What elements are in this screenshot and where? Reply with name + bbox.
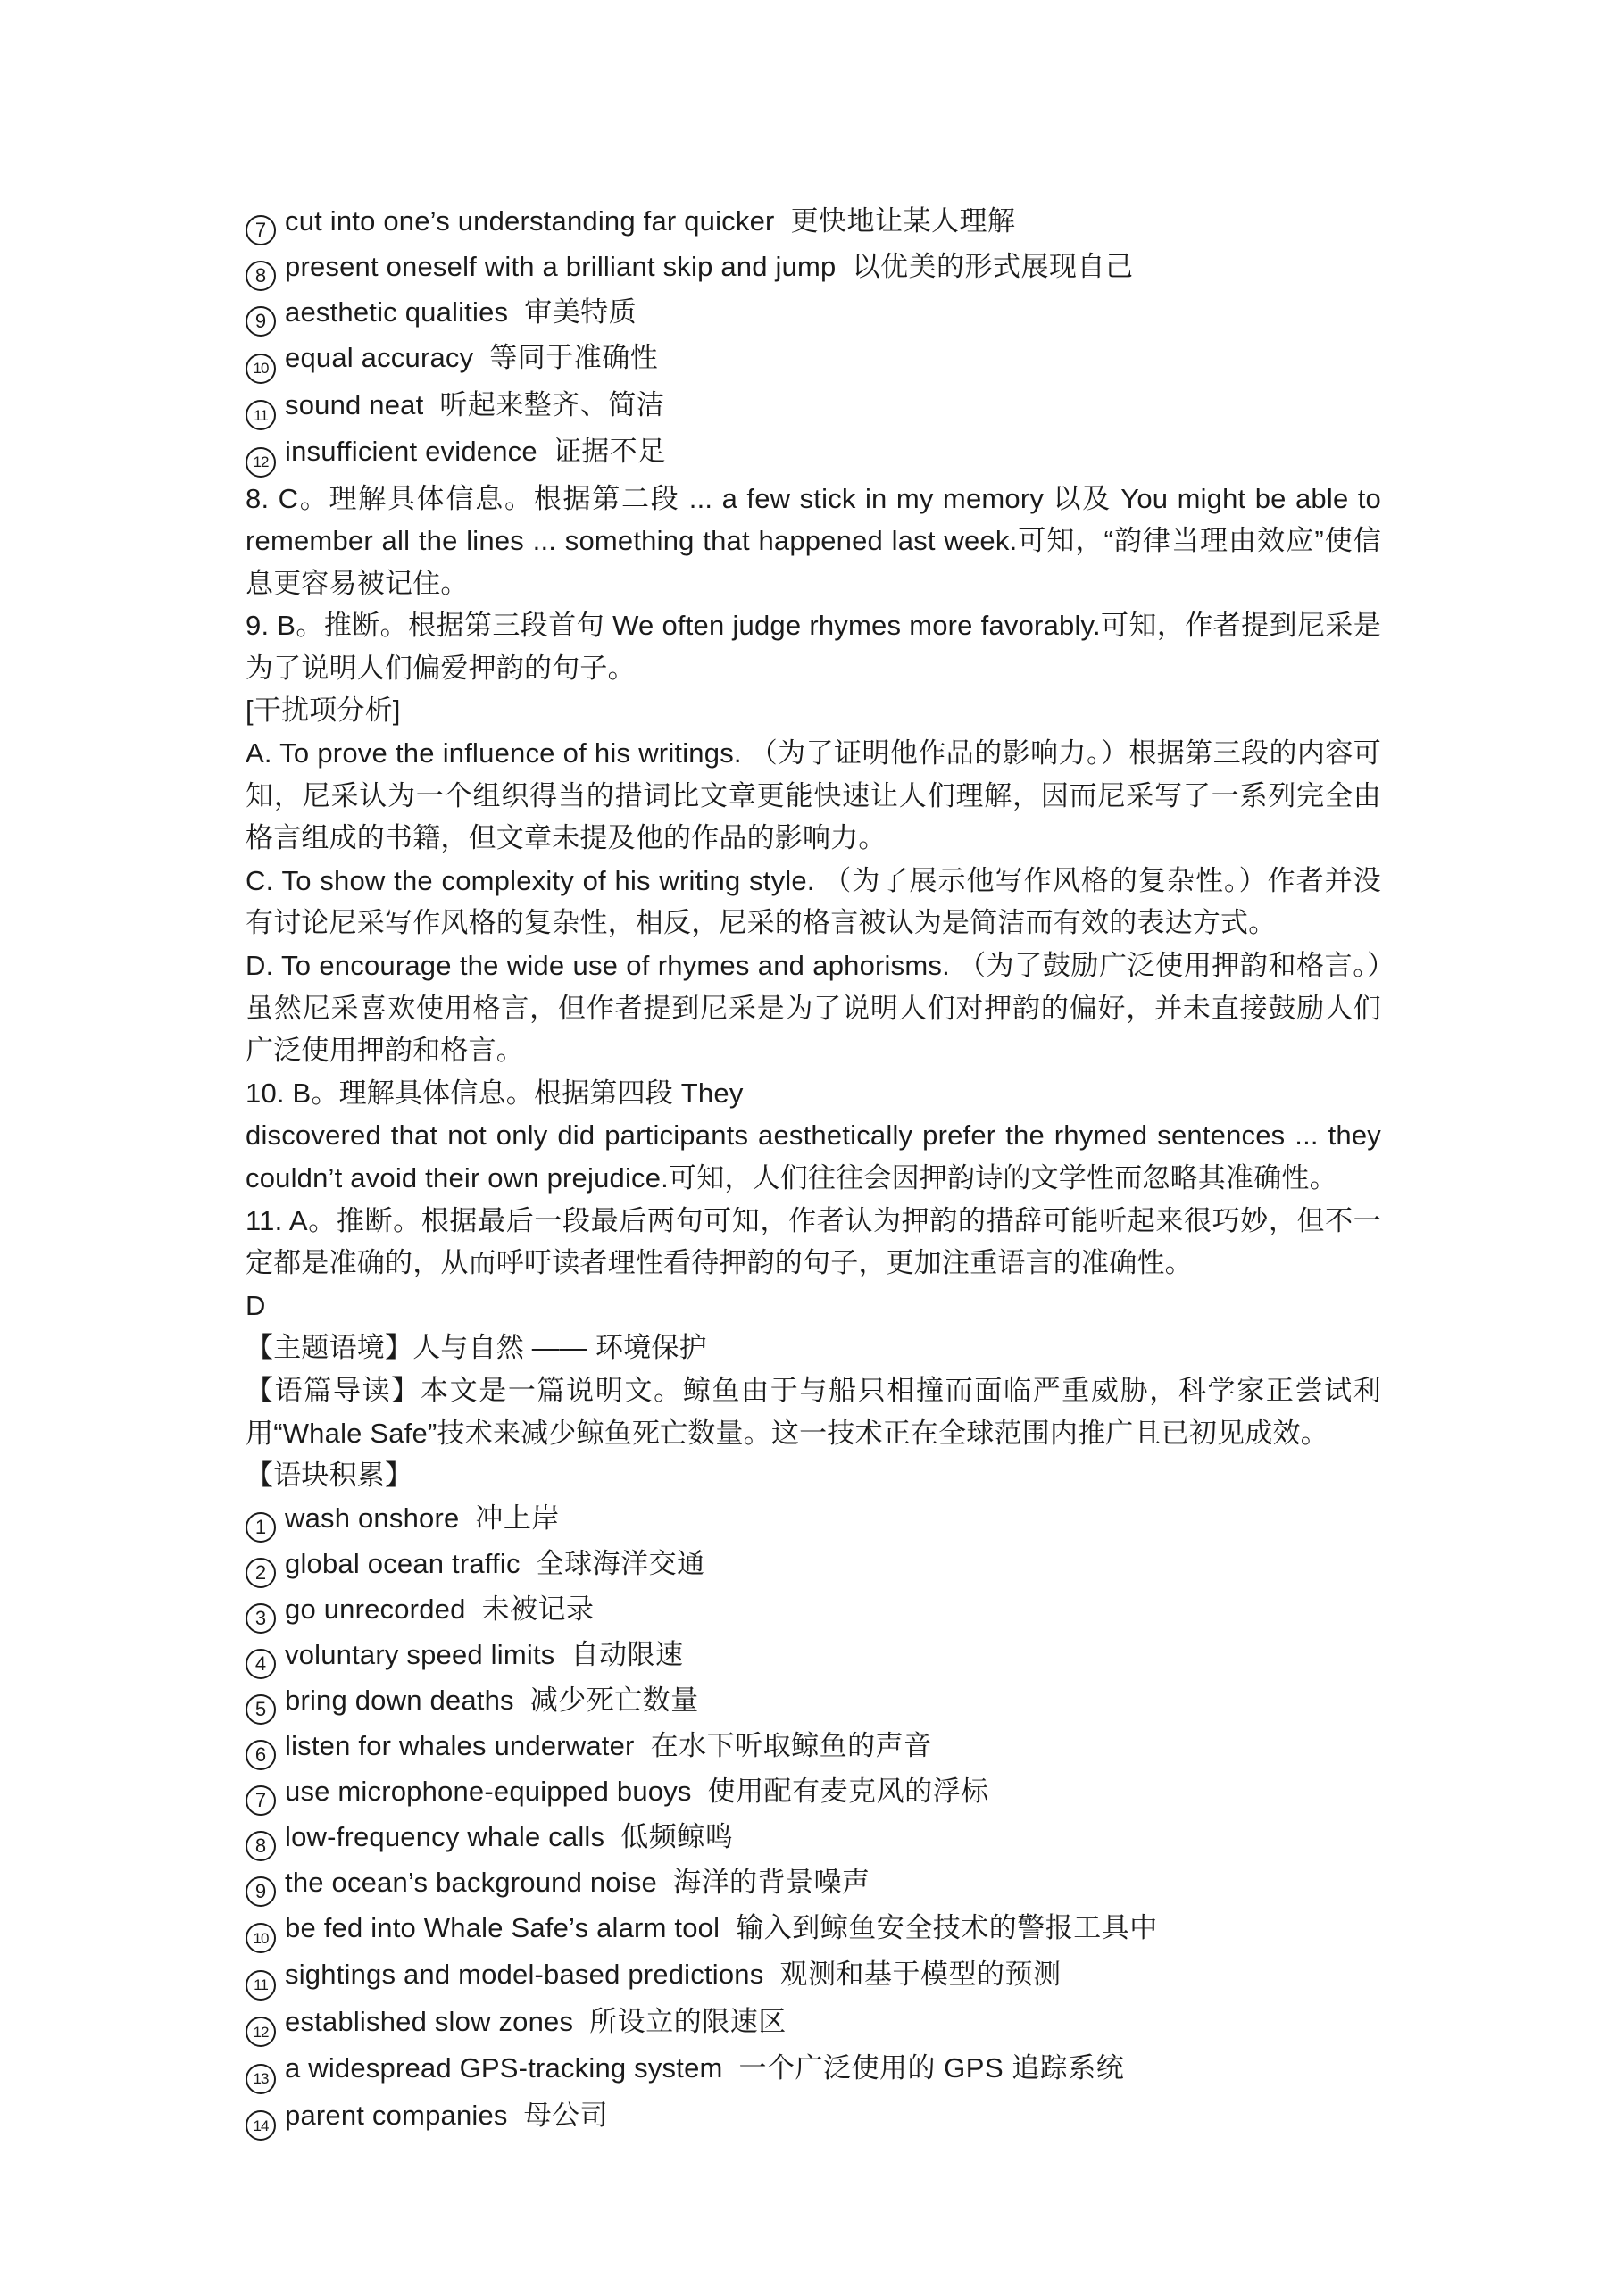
circled-number-icon: 7 bbox=[246, 1785, 276, 1816]
answer-9: 9. B。推断。根据第三段首句 We often judge rhymes mo… bbox=[246, 604, 1381, 689]
chunk-item-2: 2global ocean traffic全球海洋交通 bbox=[246, 1543, 1381, 1588]
chunk-item-12: 12established slow zones所设立的限速区 bbox=[246, 2001, 1381, 2048]
passage-intro: 【语篇导读】本文是一篇说明文。鲸鱼由于与船只相撞而面临严重威胁，科学家正尝试利用… bbox=[246, 1369, 1381, 1454]
distractor-analysis-heading: [干扰项分析] bbox=[246, 689, 1381, 732]
circled-number-icon: 4 bbox=[246, 1649, 276, 1679]
circled-number-icon: 12 bbox=[246, 2017, 276, 2047]
circled-number-icon: 14 bbox=[246, 2110, 276, 2141]
section-d-label: D bbox=[246, 1285, 1381, 1327]
option-d-analysis: D. To encourage the wide use of rhymes a… bbox=[246, 944, 1381, 1072]
phrase-chinese: 审美特质 bbox=[524, 296, 637, 328]
phrase-chinese: 一个广泛使用的 GPS 追踪系统 bbox=[739, 2052, 1125, 2084]
phrase-chinese: 观测和基于模型的预测 bbox=[779, 1959, 1061, 1990]
circled-number-icon: 10 bbox=[246, 354, 276, 384]
chunk-item-3: 3go unrecorded未被记录 bbox=[246, 1588, 1381, 1634]
phrase-english: global ocean traffic bbox=[285, 1548, 521, 1579]
phrase-chinese: 证据不足 bbox=[554, 436, 666, 467]
answer-key-content: 7cut into one’s understanding far quicke… bbox=[246, 200, 1381, 2141]
phrase-chinese: 输入到鲸鱼安全技术的警报工具中 bbox=[736, 1912, 1158, 1943]
phrase-item-10: 10equal accuracy等同于准确性 bbox=[246, 337, 1381, 384]
phrase-item-9: 9aesthetic qualities审美特质 bbox=[246, 291, 1381, 337]
phrase-chinese: 海洋的背景噪声 bbox=[673, 1867, 870, 1898]
circled-number-icon: 1 bbox=[246, 1512, 276, 1543]
phrase-english: present oneself with a brilliant skip an… bbox=[285, 251, 836, 282]
phrase-english: be fed into Whale Safe’s alarm tool bbox=[285, 1912, 720, 1943]
phrase-chinese: 所设立的限速区 bbox=[589, 2006, 787, 2037]
phrase-english: bring down deaths bbox=[285, 1685, 514, 1716]
chunk-item-1: 1wash onshore冲上岸 bbox=[246, 1497, 1381, 1543]
circled-number-icon: 3 bbox=[246, 1603, 276, 1634]
circled-number-icon: 9 bbox=[246, 1876, 276, 1907]
phrase-english: the ocean’s background noise bbox=[285, 1867, 657, 1898]
phrase-english: listen for whales underwater bbox=[285, 1730, 635, 1761]
phrase-english: wash onshore bbox=[285, 1502, 459, 1534]
chunk-item-8: 8low-frequency whale calls低频鲸鸣 bbox=[246, 1816, 1381, 1861]
theme-context-line: 【主题语境】人与自然 —— 环境保护 bbox=[246, 1327, 1381, 1369]
circled-number-icon: 11 bbox=[246, 400, 276, 430]
answer-8: 8. C。理解具体信息。根据第二段 ... a few stick in my … bbox=[246, 478, 1381, 605]
circled-number-icon: 7 bbox=[246, 215, 276, 245]
phrase-chinese: 减少死亡数量 bbox=[530, 1685, 699, 1716]
phrase-item-12: 12insufficient evidence证据不足 bbox=[246, 430, 1381, 478]
circled-number-icon: 2 bbox=[246, 1558, 276, 1588]
answer-10-line-2: discovered that not only did participant… bbox=[246, 1114, 1381, 1157]
chunk-item-10: 10be fed into Whale Safe’s alarm tool输入到… bbox=[246, 1907, 1381, 1954]
circled-number-icon: 8 bbox=[246, 261, 276, 291]
chunk-item-5: 5bring down deaths减少死亡数量 bbox=[246, 1679, 1381, 1725]
circled-number-icon: 8 bbox=[246, 1831, 276, 1861]
phrase-english: insufficient evidence bbox=[285, 436, 537, 467]
phrase-english: sound neat bbox=[285, 389, 423, 420]
phrase-english: use microphone-equipped buoys bbox=[285, 1776, 692, 1807]
phrase-english: voluntary speed limits bbox=[285, 1639, 554, 1670]
phrase-chinese: 低频鲸鸣 bbox=[620, 1821, 733, 1852]
phrase-item-7: 7cut into one’s understanding far quicke… bbox=[246, 200, 1381, 245]
circled-number-icon: 12 bbox=[246, 447, 276, 478]
chunks-heading: 【语块积累】 bbox=[246, 1454, 1381, 1497]
phrase-chinese: 等同于准确性 bbox=[489, 342, 658, 373]
phrase-chinese: 母公司 bbox=[524, 2100, 609, 2131]
phrase-chinese: 听起来整齐、简洁 bbox=[439, 389, 664, 420]
phrase-chinese: 冲上岸 bbox=[475, 1502, 560, 1534]
option-c-analysis: C. To show the complexity of his writing… bbox=[246, 860, 1381, 944]
phrase-chinese: 自动限速 bbox=[570, 1639, 683, 1670]
answer-11: 11. A。推断。根据最后一段最后两句可知，作者认为押韵的措辞可能听起来很巧妙，… bbox=[246, 1200, 1381, 1285]
phrase-english: sightings and model-based predictions bbox=[285, 1959, 763, 1990]
phrase-chinese: 以优美的形式展现自己 bbox=[852, 251, 1133, 282]
circled-number-icon: 9 bbox=[246, 306, 276, 337]
chunk-item-4: 4voluntary speed limits自动限速 bbox=[246, 1634, 1381, 1679]
option-a-analysis: A. To prove the influence of his writing… bbox=[246, 732, 1381, 860]
phrase-english: aesthetic qualities bbox=[285, 296, 508, 328]
phrase-chinese: 全球海洋交通 bbox=[537, 1548, 705, 1579]
phrase-item-11: 11sound neat听起来整齐、简洁 bbox=[246, 384, 1381, 431]
phrase-chinese: 未被记录 bbox=[482, 1593, 595, 1625]
circled-number-icon: 6 bbox=[246, 1740, 276, 1770]
phrase-english: go unrecorded bbox=[285, 1593, 466, 1625]
phrase-chinese: 使用配有麦克风的浮标 bbox=[708, 1776, 989, 1807]
phrase-english: equal accuracy bbox=[285, 342, 473, 373]
document-page: 7cut into one’s understanding far quicke… bbox=[0, 0, 1624, 2296]
answer-10-line-1: 10. B。理解具体信息。根据第四段 They bbox=[246, 1072, 1381, 1115]
circled-number-icon: 13 bbox=[246, 2064, 276, 2094]
chunk-item-6: 6listen for whales underwater在水下听取鲸鱼的声音 bbox=[246, 1725, 1381, 1770]
chunk-item-13: 13a widespread GPS-tracking system一个广泛使用… bbox=[246, 2047, 1381, 2094]
answer-10-line-3: couldn’t avoid their own prejudice.可知，人们… bbox=[246, 1157, 1381, 1200]
phrase-english: established slow zones bbox=[285, 2006, 573, 2037]
chunk-item-7: 7use microphone-equipped buoys使用配有麦克风的浮标 bbox=[246, 1770, 1381, 1816]
phrase-item-8: 8present oneself with a brilliant skip a… bbox=[246, 245, 1381, 291]
circled-number-icon: 10 bbox=[246, 1923, 276, 1953]
phrase-english: cut into one’s understanding far quicker bbox=[285, 205, 775, 237]
phrase-english: a widespread GPS-tracking system bbox=[285, 2052, 723, 2084]
circled-number-icon: 5 bbox=[246, 1694, 276, 1725]
circled-number-icon: 11 bbox=[246, 1970, 276, 2001]
phrase-chinese: 更快地让某人理解 bbox=[791, 205, 1016, 237]
phrase-chinese: 在水下听取鲸鱼的声音 bbox=[651, 1730, 932, 1761]
phrase-english: low-frequency whale calls bbox=[285, 1821, 604, 1852]
chunk-item-14: 14parent companies母公司 bbox=[246, 2094, 1381, 2142]
chunk-item-11: 11sightings and model-based predictions观… bbox=[246, 1953, 1381, 2001]
chunk-item-9: 9the ocean’s background noise海洋的背景噪声 bbox=[246, 1861, 1381, 1907]
phrase-english: parent companies bbox=[285, 2100, 508, 2131]
